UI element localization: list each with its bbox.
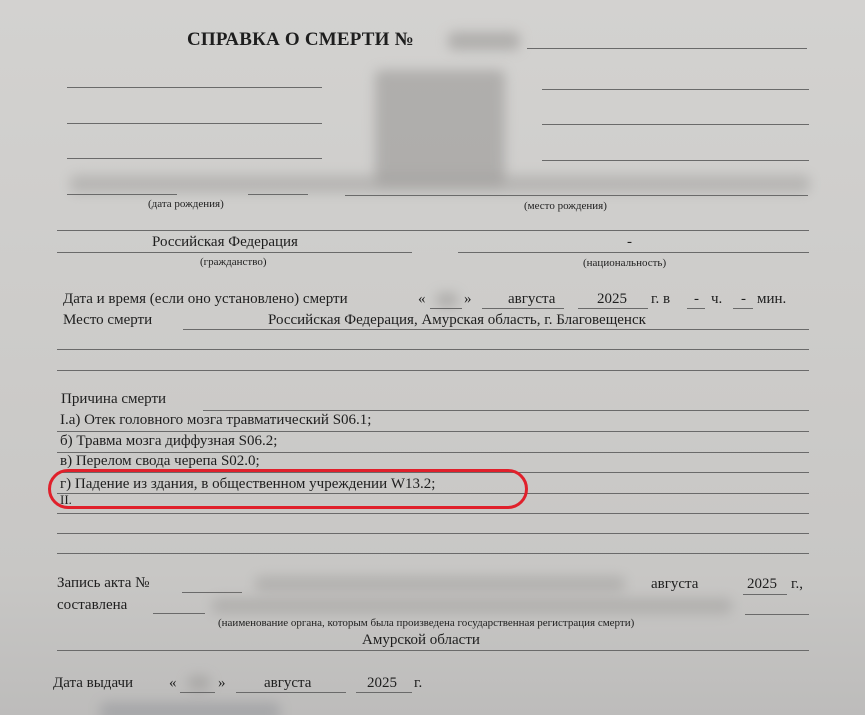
form-line: [57, 252, 412, 253]
act-year-suffix: г.,: [791, 576, 803, 593]
quote-close: »: [464, 291, 472, 308]
form-line: [687, 308, 705, 309]
highlight-annotation: [48, 469, 528, 509]
form-line: [57, 230, 809, 231]
citizenship-label: (гражданство): [200, 256, 267, 268]
compiled-label: составлена: [57, 597, 127, 614]
act-record-label: Запись акта №: [57, 575, 149, 592]
quote-open: «: [169, 675, 177, 692]
cause-of-death-label: Причина смерти: [61, 391, 166, 408]
form-line: [482, 308, 564, 309]
death-place-value: Российская Федерация, Амурская область, …: [268, 312, 646, 329]
form-line: [458, 252, 809, 253]
redacted-act-number: [255, 576, 625, 592]
redacted-registry-office: [212, 598, 732, 614]
issue-year-suffix: г.: [414, 675, 422, 692]
form-line: [57, 431, 809, 432]
issue-month: августа: [264, 675, 311, 692]
death-datetime-label: Дата и время (если оно установлено) смер…: [63, 291, 348, 308]
form-line: [57, 533, 809, 534]
form-line: [356, 692, 412, 693]
form-line: [248, 194, 308, 195]
act-record-month: августа: [651, 576, 698, 593]
redacted-issue-day: [188, 676, 210, 690]
hours-suffix: ч.: [711, 291, 722, 308]
act-record-year: 2025: [747, 576, 777, 593]
form-line: [67, 158, 322, 159]
birth-date-label: (дата рождения): [148, 198, 224, 210]
form-line: [203, 410, 809, 411]
bottom-shadow: [100, 702, 280, 715]
form-line: [542, 89, 809, 90]
redacted-name: [375, 70, 505, 185]
quote-open: «: [418, 291, 426, 308]
issue-year: 2025: [367, 675, 397, 692]
form-line: [430, 308, 462, 309]
form-line: [57, 553, 809, 554]
nationality-label: (национальность): [583, 257, 666, 269]
form-line: [578, 308, 648, 309]
form-line: [542, 124, 809, 125]
birth-place-label: (место рождения): [524, 200, 607, 212]
document-title: СПРАВКА О СМЕРТИ №: [187, 29, 414, 51]
form-line: [182, 592, 242, 593]
region-value: Амурской области: [362, 632, 480, 649]
death-month: августа: [508, 291, 555, 308]
redacted-number: [448, 32, 520, 50]
form-line: [733, 308, 753, 309]
form-line: [67, 87, 322, 88]
form-line: [236, 692, 346, 693]
form-line: [57, 370, 809, 371]
form-line: [57, 349, 809, 350]
year-suffix: г. в: [651, 291, 670, 308]
form-line: [345, 195, 808, 196]
form-line: [743, 594, 787, 595]
quote-close: »: [218, 675, 226, 692]
redacted-birth-info: [70, 175, 810, 193]
form-line: [542, 160, 809, 161]
issue-date-label: Дата выдачи: [53, 675, 133, 692]
form-line: [57, 650, 809, 651]
form-line: [183, 329, 809, 330]
death-hours: -: [694, 291, 699, 308]
redacted-day: [436, 293, 458, 307]
form-line: [153, 613, 205, 614]
cause-line-1a: I.а) Отек головного мозга травматический…: [60, 412, 371, 429]
minutes-suffix: мин.: [757, 291, 786, 308]
death-year: 2025: [597, 291, 627, 308]
title-underline: [527, 48, 807, 49]
form-line: [67, 194, 177, 195]
nationality-value: -: [627, 234, 632, 251]
cause-line-v: в) Перелом свода черепа S02.0;: [60, 453, 260, 470]
cause-line-b: б) Травма мозга диффузная S06.2;: [60, 433, 277, 450]
death-place-label: Место смерти: [63, 312, 152, 329]
form-line: [180, 692, 215, 693]
death-certificate-page: СПРАВКА О СМЕРТИ № (дата рождения) (мест…: [0, 0, 865, 715]
registry-org-label: (наименование органа, которым была произ…: [218, 617, 634, 629]
death-minutes: -: [741, 291, 746, 308]
form-line: [57, 513, 809, 514]
citizenship-value: Российская Федерация: [152, 234, 298, 251]
form-line: [745, 614, 809, 615]
form-line: [67, 123, 322, 124]
